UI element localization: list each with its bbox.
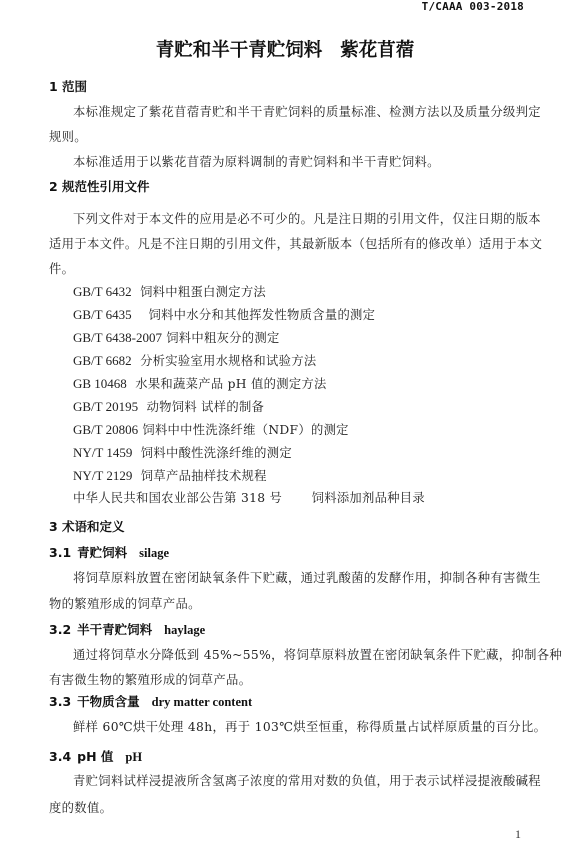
reference-code: GB/T 6438-2007 bbox=[73, 330, 162, 345]
term-3-4-heading: 3.4pH 值pH bbox=[49, 751, 142, 764]
reference-title: 水果和蔬菜产品 pH 值的测定方法 bbox=[135, 377, 326, 391]
term-number: 3.4 bbox=[49, 749, 71, 764]
reference-code: NY/T 1459 bbox=[73, 445, 132, 460]
reference-code: NY/T 2129 bbox=[73, 468, 132, 483]
term-3-1-def-line-2: 物的繁殖形成的饲草产品。 bbox=[49, 598, 201, 610]
title-sub: 紫花苜蓿 bbox=[340, 40, 414, 61]
term-3-3-def-line-1: 鲜样 60℃烘干处理 48h，再于 103℃烘至恒重，称得质量占试样原质量的百分… bbox=[73, 721, 546, 733]
term-zh: 半干青贮饲料 bbox=[77, 622, 152, 637]
reference-code: GB/T 6682 bbox=[73, 353, 132, 368]
page-number: 1 bbox=[515, 828, 521, 840]
reference-item: 中华人民共和国农业部公告第 318 号 饲料添加剂品种目录 bbox=[73, 492, 425, 504]
section-3-heading: 3 术语和定义 bbox=[49, 521, 125, 534]
reference-item: GB/T 20195 动物饲料 试样的制备 bbox=[73, 400, 264, 413]
reference-title: 饲草产品抽样技术规程 bbox=[141, 469, 267, 483]
reference-title: 分析实验室用水规格和试验方法 bbox=[140, 354, 316, 368]
reference-code: GB/T 20195 bbox=[73, 399, 138, 414]
reference-title: 动物饲料 试样的制备 bbox=[147, 400, 265, 414]
term-3-2-heading: 3.2半干青贮饲料haylage bbox=[49, 624, 205, 637]
document-title: 青贮和半干青贮饲料紫花苜蓿 bbox=[0, 42, 570, 61]
term-number: 3.2 bbox=[49, 622, 71, 637]
term-zh: pH 值 bbox=[77, 749, 113, 764]
term-zh: 干物质含量 bbox=[77, 694, 140, 709]
document-page: T/CAAA 003-2018 青贮和半干青贮饲料紫花苜蓿 1 范围 本标准规定… bbox=[0, 0, 570, 847]
section-2-heading: 2 规范性引用文件 bbox=[49, 181, 150, 194]
term-3-1-def-line-1: 将饲草原料放置在密闭缺氧条件下贮藏，通过乳酸菌的发酵作用，抑制各种有害微生 bbox=[73, 572, 541, 584]
section-1-para-1-line-1: 本标准规定了紫花苜蓿青贮和半干青贮饲料的质量标准、检测方法以及质量分级判定 bbox=[73, 106, 541, 118]
reference-item: GB/T 6432 饲料中粗蛋白测定方法 bbox=[73, 285, 266, 298]
term-3-2-def-line-2: 有害微生物的繁殖形成的饲草产品。 bbox=[49, 674, 251, 686]
term-3-4-def-line-2: 度的数值。 bbox=[49, 802, 112, 814]
title-main: 青贮和半干青贮饲料 bbox=[156, 40, 323, 61]
reference-title: 饲料中酸性洗涤纤维的测定 bbox=[141, 446, 292, 460]
reference-item: GB/T 6435 饲料中水分和其他挥发性物质含量的测定 bbox=[73, 308, 375, 321]
standard-code: T/CAAA 003-2018 bbox=[422, 1, 524, 12]
section-1-para-1-line-2: 规则。 bbox=[49, 131, 87, 143]
reference-code: GB/T 20806 bbox=[73, 422, 138, 437]
term-3-1-heading: 3.1青贮饲料silage bbox=[49, 547, 169, 560]
term-en: dry matter content bbox=[152, 695, 252, 709]
section-2-para-line-1: 下列文件对于本文件的应用是必不可少的。凡是注日期的引用文件，仅注日期的版本 bbox=[73, 213, 541, 225]
reference-item: GB/T 6682 分析实验室用水规格和试验方法 bbox=[73, 354, 316, 367]
reference-title: 饲料添加剂品种目录 bbox=[312, 491, 425, 505]
section-1-heading: 1 范围 bbox=[49, 81, 87, 94]
term-en: silage bbox=[139, 546, 169, 560]
term-3-3-heading: 3.3干物质含量dry matter content bbox=[49, 696, 252, 709]
reference-item: GB/T 6438-2007 饲料中粗灰分的测定 bbox=[73, 331, 280, 344]
reference-code: GB/T 6432 bbox=[73, 284, 132, 299]
section-1-para-2: 本标准适用于以紫花苜蓿为原料调制的青贮饲料和半干青贮饲料。 bbox=[73, 156, 440, 168]
term-en: pH bbox=[125, 750, 142, 764]
reference-code: GB/T 6435 bbox=[73, 307, 132, 322]
reference-item: GB 10468 水果和蔬菜产品 pH 值的测定方法 bbox=[73, 377, 327, 390]
reference-title: 饲料中中性洗涤纤维（NDF）的测定 bbox=[142, 423, 348, 437]
term-number: 3.1 bbox=[49, 545, 71, 560]
reference-title: 饲料中水分和其他挥发性物质含量的测定 bbox=[148, 308, 375, 322]
section-2-para-line-2: 适用于本文件。凡是不注日期的引用文件，其最新版本（包括所有的修改单）适用于本文 bbox=[49, 238, 542, 250]
reference-code: GB 10468 bbox=[73, 376, 127, 391]
reference-item: GB/T 20806 饲料中中性洗涤纤维（NDF）的测定 bbox=[73, 423, 349, 436]
term-3-4-def-line-1: 青贮饲料试样浸提液所含氢离子浓度的常用对数的负值，用于表示试样浸提液酸碱程 bbox=[73, 775, 541, 787]
reference-title: 饲料中粗灰分的测定 bbox=[166, 331, 279, 345]
term-en: haylage bbox=[164, 623, 205, 637]
term-zh: 青贮饲料 bbox=[77, 545, 127, 560]
reference-title: 饲料中粗蛋白测定方法 bbox=[140, 285, 266, 299]
reference-item: NY/T 2129 饲草产品抽样技术规程 bbox=[73, 469, 267, 482]
reference-code: 中华人民共和国农业部公告第 318 号 bbox=[73, 491, 282, 505]
reference-item: NY/T 1459 饲料中酸性洗涤纤维的测定 bbox=[73, 446, 292, 459]
term-3-2-def-line-1: 通过将饲草水分降低到 45%~55%，将饲草原料放置在密闭缺氧条件下贮藏，抑制各… bbox=[73, 649, 562, 661]
section-2-para-line-3: 件。 bbox=[49, 263, 74, 275]
term-number: 3.3 bbox=[49, 694, 71, 709]
